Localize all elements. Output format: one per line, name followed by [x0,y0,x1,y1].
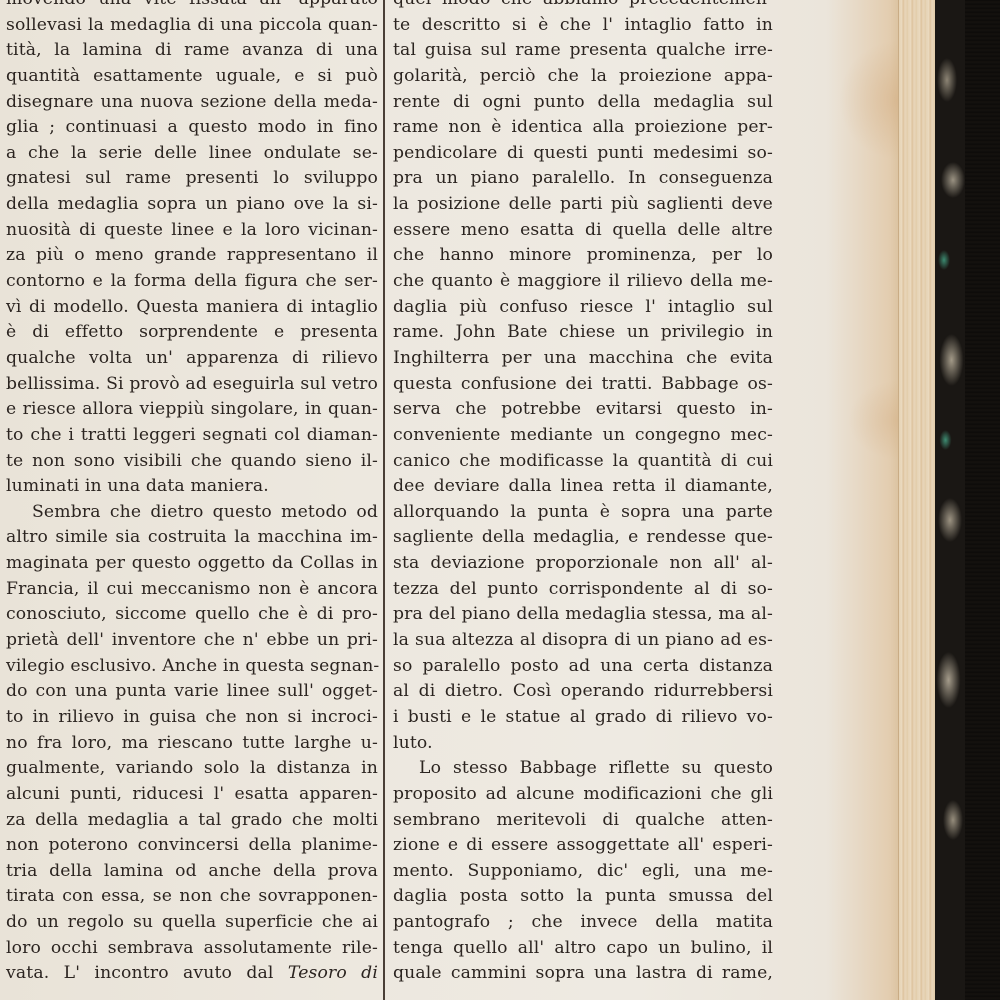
text-line: Francia, il cui meccanismo non è ancora [6,577,378,603]
text-line: sagliente della medaglia, e rendesse que… [393,525,773,551]
text-line: essere meno esatta di quella delle altre [393,218,773,244]
italic-title-fragment: Tesoro di [288,963,378,983]
text-line: tenga quello all' altro capo un bulino, … [393,936,773,962]
text-line: rame. John Bate chiese un privilegio in [393,320,773,346]
text-line: nuosità di queste linee e la loro vicina… [6,218,378,244]
text-line: te non sono visibili che quando sieno il… [6,449,378,475]
book-page: movendo una vite fissata all' apparato s… [0,0,898,1000]
text-line: è di effetto sorprendente e presenta [6,320,378,346]
text-line: non poterono convincersi della planime- [6,833,378,859]
text-line: contorno e la forma della figura che ser… [6,269,378,295]
paragraph-start-line: Lo stesso Babbage riflette su questo [393,756,773,782]
text-line: movendo una vite fissata all' apparato [6,0,378,13]
text-line: pendicolare di questi punti medesimi so- [393,141,773,167]
text-line: serva che potrebbe evitarsi questo in- [393,397,773,423]
text-line: rente di ogni punto della medaglia sul [393,90,773,116]
text-line: Inghilterra per una macchina che evita [393,346,773,372]
foxing-stain [838,40,898,160]
text-line: altro simile sia costruita la macchina i… [6,525,378,551]
text-line: quale cammini sopra una lastra di rame, [393,961,773,987]
text-line: alcuni punti, riducesi l' esatta apparen… [6,782,378,808]
text-line: a che la serie delle linee ondulate se- [6,141,378,167]
text-line: tità, la lamina di rame avanza di una [6,38,378,64]
cloth-binding [965,0,1000,1000]
text-line: so paralello posto ad una certa distanza [393,654,773,680]
text-line: qualche volta un' apparenza di rilievo [6,346,378,372]
text-line: conveniente mediante un congegno mec- [393,423,773,449]
text-line: che quanto è maggiore il rilievo della m… [393,269,773,295]
text-line: maginata per questo oggetto da Collas in [6,551,378,577]
text-line: golarità, perciò che la proiezione appa- [393,64,773,90]
text-line: bellissima. Si provò ad eseguirla sul ve… [6,372,378,398]
text-fragment: vata. L' incontro avuto dal [6,963,274,983]
foxing-stain [848,380,898,460]
text-line: al di dietro. Così operando ridurrebbers… [393,679,773,705]
left-text-column: movendo una vite fissata all' apparato s… [6,0,378,987]
text-line: della medaglia sopra un piano ove la si- [6,192,378,218]
text-line: vì di modello. Questa maniera di intagli… [6,295,378,321]
text-line: i busti e le statue al grado di rilievo … [393,705,773,731]
text-line: gualmente, variando solo la distanza in [6,756,378,782]
text-line: prietà dell' inventore che n' ebbe un pr… [6,628,378,654]
text-line: vilegio esclusivo. Anche in questa segna… [6,654,378,680]
text-line: pantografo ; che invece della matita [393,910,773,936]
text-line: tria della lamina od anche della prova [6,859,378,885]
page-block-edge [898,0,936,1000]
text-line: to in rilievo in guisa che non si incroc… [6,705,378,731]
text-line: quel modo che abbiamo precedentemen- [393,0,773,13]
paragraph-end-line: luminati in una data maniera. [6,474,378,500]
text-line: dee deviare dalla linea retta il diamant… [393,474,773,500]
text-line: vata. L' incontro avuto dal Tesoro di [6,961,378,987]
paragraph-end-line: luto. [393,731,773,757]
text-line: la sua altezza al disopra di un piano ad… [393,628,773,654]
text-line: daglia più confuso riesce l' intaglio su… [393,295,773,321]
paragraph-start-line: Sembra che dietro questo metodo od [6,500,378,526]
right-text-column: quel modo che abbiamo precedentemen- te … [393,0,773,987]
text-line: pra del piano della medaglia stessa, ma … [393,602,773,628]
text-line: allorquando la punta è sopra una parte [393,500,773,526]
text-line: disegnare una nuova sezione della meda- [6,90,378,116]
text-line: tirata con essa, se non che sovrapponen- [6,884,378,910]
text-line: to che i tratti leggeri segnati col diam… [6,423,378,449]
text-line: te descritto si è che l' intaglio fatto … [393,13,773,39]
text-line: questa confusione dei tratti. Babbage os… [393,372,773,398]
text-line: conosciuto, siccome quello che è di pro- [6,602,378,628]
text-line: do con una punta varie linee sull' ogget… [6,679,378,705]
text-line: gnatesi sul rame presenti lo sviluppo [6,166,378,192]
text-line: zione e di essere assoggettate all' espe… [393,833,773,859]
text-line: rame non è identica alla proiezione per- [393,115,773,141]
marbled-cover-edge [935,0,966,1000]
text-line: canico che modificasse la quantità di cu… [393,449,773,475]
text-line: che hanno minore prominenza, per lo [393,243,773,269]
text-line: za più o meno grande rappresentano il [6,243,378,269]
text-line: do un regolo su quella superficie che ai [6,910,378,936]
text-line: sta deviazione proporzionale non all' al… [393,551,773,577]
text-line: tezza del punto corrispondente al di so- [393,577,773,603]
text-line: sembrano meritevoli di qualche atten- [393,808,773,834]
text-line: tal guisa sul rame presenta qualche irre… [393,38,773,64]
text-line: e riesce allora vieppiù singolare, in qu… [6,397,378,423]
text-line: la posizione delle parti più saglienti d… [393,192,773,218]
text-line: daglia posta sotto la punta smussa del [393,884,773,910]
text-line: loro occhi sembrava assolutamente rile- [6,936,378,962]
text-line: sollevasi la medaglia di una piccola qua… [6,13,378,39]
text-line: glia ; continuasi a questo modo in fino [6,115,378,141]
text-line: quantità esattamente uguale, e si può [6,64,378,90]
text-line: proposito ad alcune modificazioni che gl… [393,782,773,808]
text-line: za della medaglia a tal grado che molti [6,808,378,834]
text-line: pra un piano paralello. In conseguenza [393,166,773,192]
column-rule [383,0,385,1000]
text-line: mento. Supponiamo, dic' egli, una me- [393,859,773,885]
text-line: no fra loro, ma riescano tutte larghe u- [6,731,378,757]
